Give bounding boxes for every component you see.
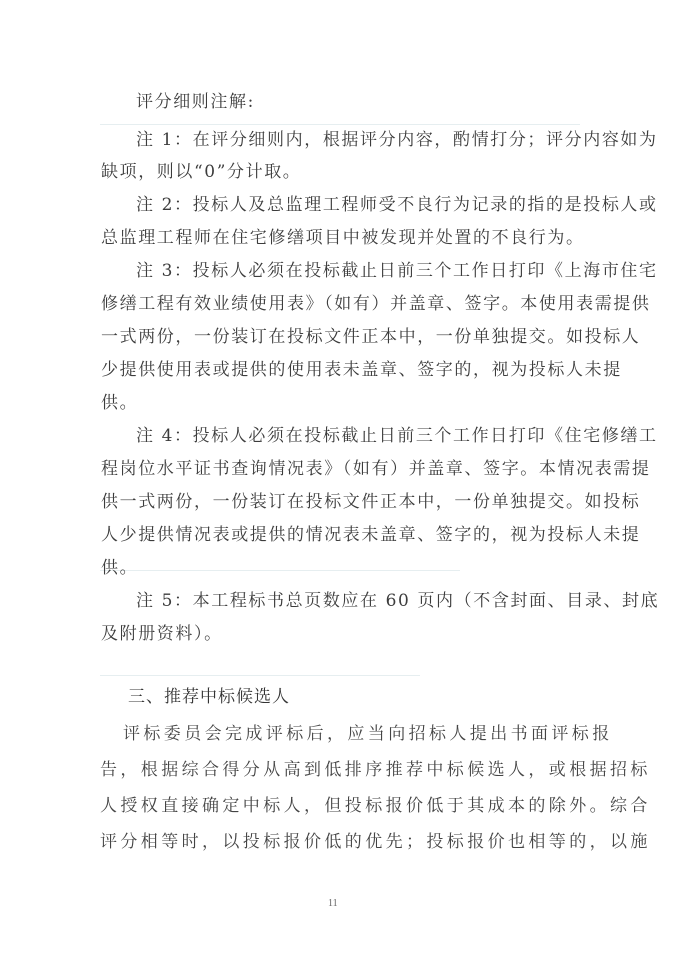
section-heading: 三、推荐中标候选人 (128, 682, 290, 707)
note-3-line-2: 修缮工程有效业绩使用表》（如有）并盖章、签字。本使用表需提供 (101, 289, 651, 314)
note-4-line-3: 供一式两份，一份装订在投标文件正本中，一份单独提交。如投标 (101, 487, 640, 512)
note-3-line-4: 少提供使用表或提供的使用表未盖章、签字的，视为投标人未提 (101, 355, 622, 380)
page-number: 11 (328, 898, 338, 909)
note-5-line-1: 注 5：本工程标书总页数应在 60 页内（不含封面、目录、封底 (136, 586, 659, 611)
section-body-line-3: 人授权直接确定中标人，但投标报价低于其成本的除外。综合 (100, 791, 651, 816)
note-4-line-1: 注 4：投标人必须在投标截止日前三个工作日打印《住宅修缮工 (136, 421, 658, 446)
note-1-line-1: 注 1：在评分细则内，根据评分内容，酌情打分；评分内容如为 (136, 125, 658, 150)
section-body-line-2: 告，根据综合得分从高到低排序推荐中标候选人，或根据招标 (100, 755, 651, 780)
note-2-line-2: 总监理工程师在住宅修缮项目中被发现并处置的不良行为。 (101, 223, 585, 248)
note-4-line-4: 人少提供情况表或提供的情况表未盖章、签字的，视为投标人未提 (101, 520, 640, 545)
document-page: 评分细则注解: 注 1：在评分细则内，根据评分内容，酌情打分；评分内容如为 缺项… (0, 0, 680, 972)
note-4-line-5: 供。 (101, 553, 138, 578)
section-body-line-4: 评分相等时，以投标报价低的优先；投标报价也相等的，以施 (100, 827, 651, 852)
scan-artifact-line (100, 675, 420, 676)
note-3-line-5: 供。 (101, 388, 138, 413)
note-1-line-2: 缺项，则以“0”分计取。 (101, 157, 301, 182)
scan-artifact-line (100, 570, 460, 571)
note-5-line-2: 及附册资料）。 (101, 619, 223, 644)
note-3-line-1: 注 3：投标人必须在投标截止日前三个工作日打印《上海市住宅 (136, 256, 658, 281)
section-body-line-1: 评标委员会完成评标后，应当向招标人提出书面评标报 (123, 719, 613, 744)
note-3-line-3: 一式两份，一份装订在投标文件正本中，一份单独提交。如投标人 (101, 322, 640, 347)
note-2-line-1: 注 2：投标人及总监理工程师受不良行为记录的指的是投标人或 (136, 190, 658, 215)
notes-title: 评分细则注解: (136, 87, 255, 112)
note-4-line-2: 程岗位水平证书查询情况表》（如有）并盖章、签字。本情况表需提 (101, 454, 651, 479)
